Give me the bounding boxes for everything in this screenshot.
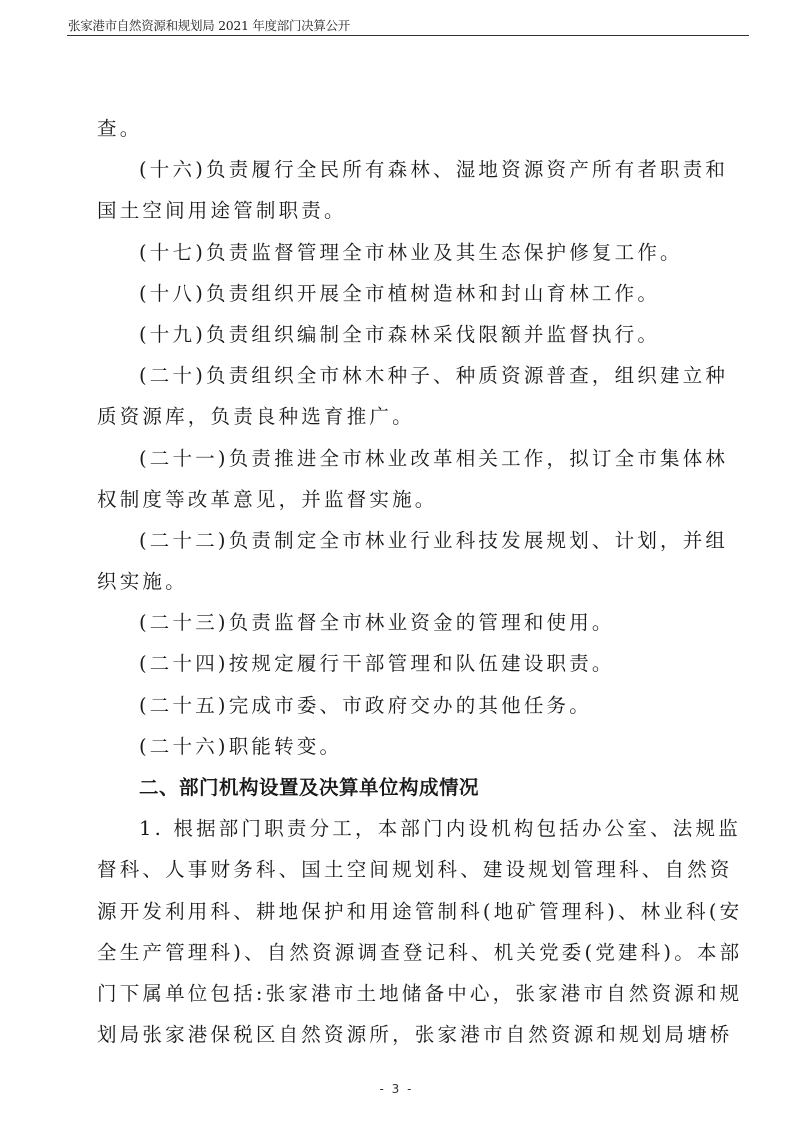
body-line: (二十)负责组织全市林木种子、种质资源普查，组织建立种 bbox=[97, 355, 715, 396]
header-title: 张家港市自然资源和规划局 2021 年度部门决算公开 bbox=[68, 19, 350, 33]
body-line: 织实施。 bbox=[97, 561, 715, 602]
document-header: 张家港市自然资源和规划局 2021 年度部门决算公开 bbox=[67, 15, 749, 36]
body-line: 查。 bbox=[97, 108, 715, 149]
body-line: 国土空间用途管制职责。 bbox=[97, 190, 715, 231]
body-line: (十八)负责组织开展全市植树造林和封山育林工作。 bbox=[97, 273, 715, 314]
body-line: 督科、人事财务科、国土空间规划科、建设规划管理科、自然资 bbox=[97, 849, 715, 890]
line-text: 质资源库，负责良种选育推广。 bbox=[97, 405, 415, 428]
line-text: 国土空间用途管制职责。 bbox=[97, 199, 347, 222]
body-line: (二十五)完成市委、市政府交办的其他任务。 bbox=[97, 685, 715, 726]
body-line: (十六)负责履行全民所有森林、湿地资源资产所有者职责和 bbox=[97, 149, 715, 190]
line-text: (二十三)负责监督全市林业资金的管理和使用。 bbox=[139, 611, 615, 634]
line-text: 督科、人事财务科、国土空间规划科、建设规划管理科、自然资 bbox=[97, 858, 733, 881]
body-line: (十九)负责组织编制全市森林采伐限额并监督执行。 bbox=[97, 314, 715, 355]
body-line: 门下属单位包括:张家港市土地储备中心，张家港市自然资源和规 bbox=[97, 973, 715, 1014]
line-text: (二十四)按规定履行干部管理和队伍建设职责。 bbox=[139, 652, 615, 675]
line-text: 门下属单位包括:张家港市土地储备中心，张家港市自然资源和规 bbox=[97, 982, 742, 1005]
line-text: 源开发利用科、耕地保护和用途管制科(地矿管理科)、林业科(安 bbox=[97, 900, 742, 923]
section-heading: 二、部门机构设置及决算单位构成情况 bbox=[97, 767, 715, 808]
document-body: 查。 (十六)负责履行全民所有森林、湿地资源资产所有者职责和 国土空间用途管制职… bbox=[97, 108, 715, 1055]
line-text: (十八)负责组织开展全市植树造林和封山育林工作。 bbox=[139, 282, 660, 305]
line-text: (十七)负责监督管理全市林业及其生态保护修复工作。 bbox=[139, 241, 683, 264]
body-line: 1. 根据部门职责分工，本部门内设机构包括办公室、法规监 bbox=[97, 808, 715, 849]
body-line: 质资源库，负责良种选育推广。 bbox=[97, 396, 715, 437]
body-line: (十七)负责监督管理全市林业及其生态保护修复工作。 bbox=[97, 232, 715, 273]
line-text: 权制度等改革意见，并监督实施。 bbox=[97, 488, 438, 511]
line-text: 划局张家港保税区自然资源所，张家港市自然资源和规划局塘桥 bbox=[97, 1023, 733, 1046]
line-text: (二十一)负责推进全市林业改革相关工作，拟订全市集体林 bbox=[139, 447, 728, 470]
body-line: 源开发利用科、耕地保护和用途管制科(地矿管理科)、林业科(安 bbox=[97, 891, 715, 932]
heading-text: 二、部门机构设置及决算单位构成情况 bbox=[139, 776, 479, 799]
line-text: (二十六)职能转变。 bbox=[139, 735, 342, 758]
line-text: (二十五)完成市委、市政府交办的其他任务。 bbox=[139, 694, 592, 717]
line-text: 全生产管理科)、自然资源调查登记科、机关党委(党建科)。本部 bbox=[97, 941, 742, 964]
line-text: (十六)负责履行全民所有森林、湿地资源资产所有者职责和 bbox=[139, 158, 728, 181]
body-line: 全生产管理科)、自然资源调查登记科、机关党委(党建科)。本部 bbox=[97, 932, 715, 973]
line-text: 查。 bbox=[97, 117, 142, 140]
body-line: (二十六)职能转变。 bbox=[97, 726, 715, 767]
line-text: (十九)负责组织编制全市森林采伐限额并监督执行。 bbox=[139, 323, 660, 346]
line-text: 织实施。 bbox=[97, 570, 188, 593]
body-line: 权制度等改革意见，并监督实施。 bbox=[97, 479, 715, 520]
body-line: (二十一)负责推进全市林业改革相关工作，拟订全市集体林 bbox=[97, 438, 715, 479]
body-line: (二十三)负责监督全市林业资金的管理和使用。 bbox=[97, 602, 715, 643]
line-text: (二十二)负责制定全市林业行业科技发展规划、计划，并组 bbox=[139, 529, 728, 552]
body-line: (二十四)按规定履行干部管理和队伍建设职责。 bbox=[97, 643, 715, 684]
line-text: (二十)负责组织全市林木种子、种质资源普查，组织建立种 bbox=[139, 364, 728, 387]
body-line: 划局张家港保税区自然资源所，张家港市自然资源和规划局塘桥 bbox=[97, 1014, 715, 1055]
body-line: (二十二)负责制定全市林业行业科技发展规划、计划，并组 bbox=[97, 520, 715, 561]
page-number: - 3 - bbox=[0, 1082, 793, 1096]
line-text: 1. 根据部门职责分工，本部门内设机构包括办公室、法规监 bbox=[139, 817, 741, 840]
